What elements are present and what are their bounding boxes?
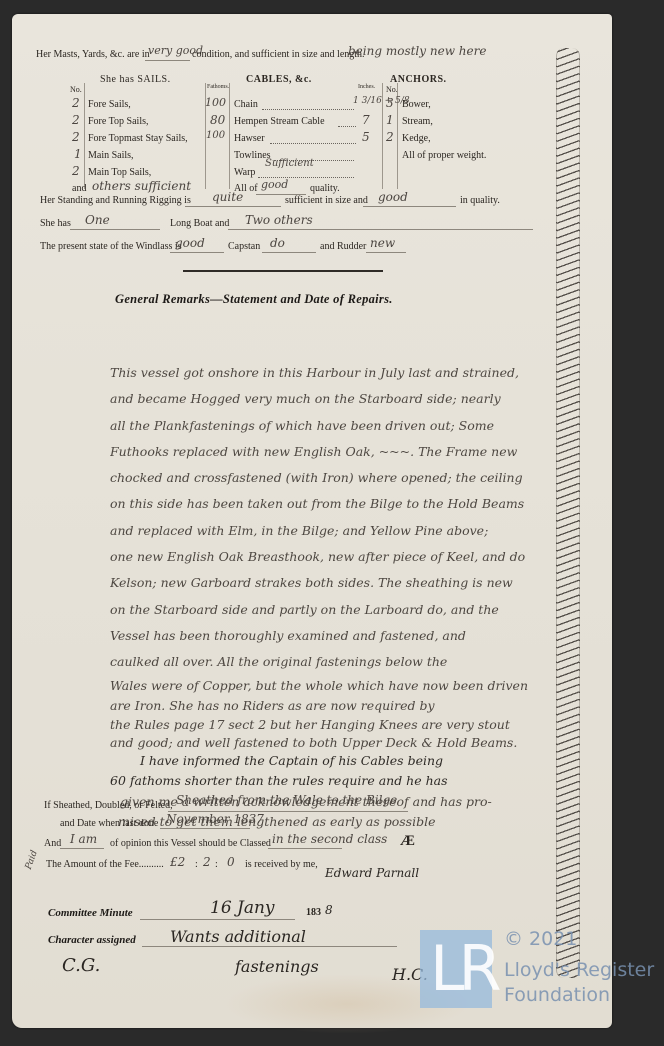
anchor-count: 2 <box>386 130 394 144</box>
long-boat-count: One <box>85 213 110 227</box>
windlass-label: The present state of the Windlass is <box>40 241 182 252</box>
watermark-copyright: © 2021 <box>504 928 577 950</box>
cable-fathoms: 80 <box>210 113 225 127</box>
sail-count: 2 <box>72 130 80 144</box>
remarks-line: on this side has been taken out from the… <box>110 491 540 517</box>
sail-name: Fore Topmast Stay Sails, <box>88 133 188 144</box>
sails-header: She has SAILS. <box>100 74 171 85</box>
class-mark: Æ <box>400 833 415 850</box>
surveyor-statement: I am <box>70 832 97 846</box>
committee-minute-date: 16 Jany <box>210 898 275 918</box>
cable-name: Hempen Stream Cable <box>234 116 325 127</box>
remarks-line: caulked all over. All the original faste… <box>110 649 540 675</box>
sheathing-value: Sheathed from the Wale to the Bilge <box>176 793 397 807</box>
cables-fathoms-header: Fathoms. <box>207 84 229 90</box>
fee-shillings: 2 <box>203 855 211 869</box>
cable-fathoms: 100 <box>205 96 226 109</box>
character-value-line-1: Wants additional <box>170 927 306 946</box>
sails-others: others sufficient <box>92 179 191 193</box>
section-divider <box>183 270 383 272</box>
sail-name: Fore Top Sails, <box>88 116 149 127</box>
sheathing-date-label: and Date when last done <box>60 818 158 829</box>
cables-header: CABLES, &c. <box>246 74 312 85</box>
boats-label: She has <box>40 218 71 229</box>
rigging-label: Her Standing and Running Rigging is <box>40 195 191 206</box>
remarks-line: are Iron. She has no Riders as are now r… <box>110 696 540 716</box>
cable-name: Hawser <box>234 133 265 144</box>
anchor-name: Bower, <box>402 99 431 110</box>
surveyor-signature: Edward Parnall <box>325 866 419 880</box>
lr-logo: LR <box>420 930 492 1008</box>
torn-edge <box>642 90 664 990</box>
cable-name: Chain <box>234 99 258 110</box>
masts-label: Her Masts, Yards, &c. are in <box>36 49 150 60</box>
committee-minute-label: Committee Minute <box>48 907 133 919</box>
remarks-line: chocked and crossfastened (with Iron) wh… <box>110 465 540 491</box>
masts-note: being mostly new here <box>348 44 486 58</box>
remarks-line: Vessel has been thoroughly examined and … <box>110 623 540 649</box>
committee-year-prefix: 183 <box>306 907 321 918</box>
sail-count: 2 <box>72 96 80 110</box>
anchor-count: 3 <box>386 96 394 110</box>
remarks-line: one new English Oak Breasthook, new afte… <box>110 544 540 570</box>
cable-inches: 7 <box>362 113 370 127</box>
sail-name: Fore Sails, <box>88 99 131 110</box>
cable-name: Warp <box>234 167 255 178</box>
committee-year-suffix: 8 <box>325 903 333 917</box>
cable-fathoms: 100 <box>206 130 225 141</box>
remarks-line: This vessel got onshore in this Harbour … <box>110 360 540 386</box>
sail-count: 2 <box>72 113 80 127</box>
fee-pence: 0 <box>227 855 235 869</box>
remarks-line: and good; and well fastened to both Uppe… <box>110 734 540 752</box>
remarks-line: the Rules page 17 sect 2 but her Hanging… <box>110 716 540 734</box>
rigging-mid-label: sufficient in size and <box>285 195 368 206</box>
character-assigned-label: Character assigned <box>48 934 136 946</box>
classification-value: in the second class <box>272 832 387 846</box>
classification-and-label: And <box>44 838 61 849</box>
rigging-value: quite <box>212 190 243 204</box>
fee-pounds: £2 <box>170 855 185 869</box>
remarks-line: and replaced with Elm, in the Bilge; and… <box>110 518 540 544</box>
watermark-org-line-2: Foundation <box>504 984 610 1006</box>
rigging-end-label: in quality. <box>460 195 500 206</box>
anchors-no-header: No. <box>386 85 398 94</box>
character-value-line-2: fastenings <box>235 957 319 976</box>
sheathing-date: November 1837 <box>166 812 264 826</box>
sails-no-header: No. <box>70 85 82 94</box>
rudder-value: new <box>370 236 395 250</box>
remarks-heading: General Remarks—Statement and Date of Re… <box>115 292 393 307</box>
fee-label: The Amount of the Fee.......... <box>46 859 164 870</box>
capstan-value: do <box>270 236 285 250</box>
boats-mid-label: Long Boat and <box>170 218 229 229</box>
remarks-line: Wales were of Copper, but the whole whic… <box>110 676 540 696</box>
remarks-line: on the Starboard side and partly on the … <box>110 597 540 623</box>
cables-quality-value: good <box>261 178 288 191</box>
cables-inches-header: Inches. <box>358 84 375 90</box>
decorative-border-spring <box>556 48 580 978</box>
remarks-line: Futhooks replaced with new English Oak, … <box>110 439 540 465</box>
fee-suffix: is received by me, <box>245 859 318 870</box>
rudder-label: and Rudder <box>320 241 366 252</box>
classification-label: of opinion this Vessel should be Classed <box>110 838 271 849</box>
anchor-name: Kedge, <box>402 133 431 144</box>
initials-left: C.G. <box>62 955 100 976</box>
cables-quality-label: quality. <box>310 183 340 194</box>
boats-others: Two others <box>245 213 313 227</box>
remarks-line: all the Plankfastenings of which have be… <box>110 413 540 439</box>
remarks-line: I have informed the Captain of his Cable… <box>110 752 540 770</box>
cable-inches: 5 <box>362 130 370 144</box>
sail-count: 1 <box>74 147 82 161</box>
rigging-quality: good <box>378 190 408 204</box>
sheathing-label: If Sheathed, Doubled, or Felted, <box>44 800 173 811</box>
anchor-count: 1 <box>386 113 394 127</box>
remarks-body: This vessel got onshore in this Harbour … <box>110 360 540 832</box>
anchor-name: Stream, <box>402 116 433 127</box>
windlass-value: good <box>175 236 205 250</box>
sail-name: Main Top Sails, <box>88 167 151 178</box>
remarks-line: Kelson; new Garboard strakes both sides.… <box>110 570 540 596</box>
remarks-line: 60 fathoms shorter than the rules requir… <box>110 770 540 792</box>
sail-name: Main Sails, <box>88 150 134 161</box>
sails-and-label: and <box>72 183 86 194</box>
capstan-label: Capstan <box>228 241 260 252</box>
watermark-org-line-1: Lloyd's Register <box>504 959 654 981</box>
anchors-header: ANCHORS. <box>390 74 447 85</box>
towlines-warp-note: Sufficient <box>265 158 314 169</box>
anchors-weight-note: All of proper weight. <box>402 150 486 161</box>
remarks-line: and became Hogged very much on the Starb… <box>110 386 540 412</box>
masts-suffix: condition, and sufficient in size and le… <box>192 49 365 60</box>
sail-count: 2 <box>72 164 80 178</box>
